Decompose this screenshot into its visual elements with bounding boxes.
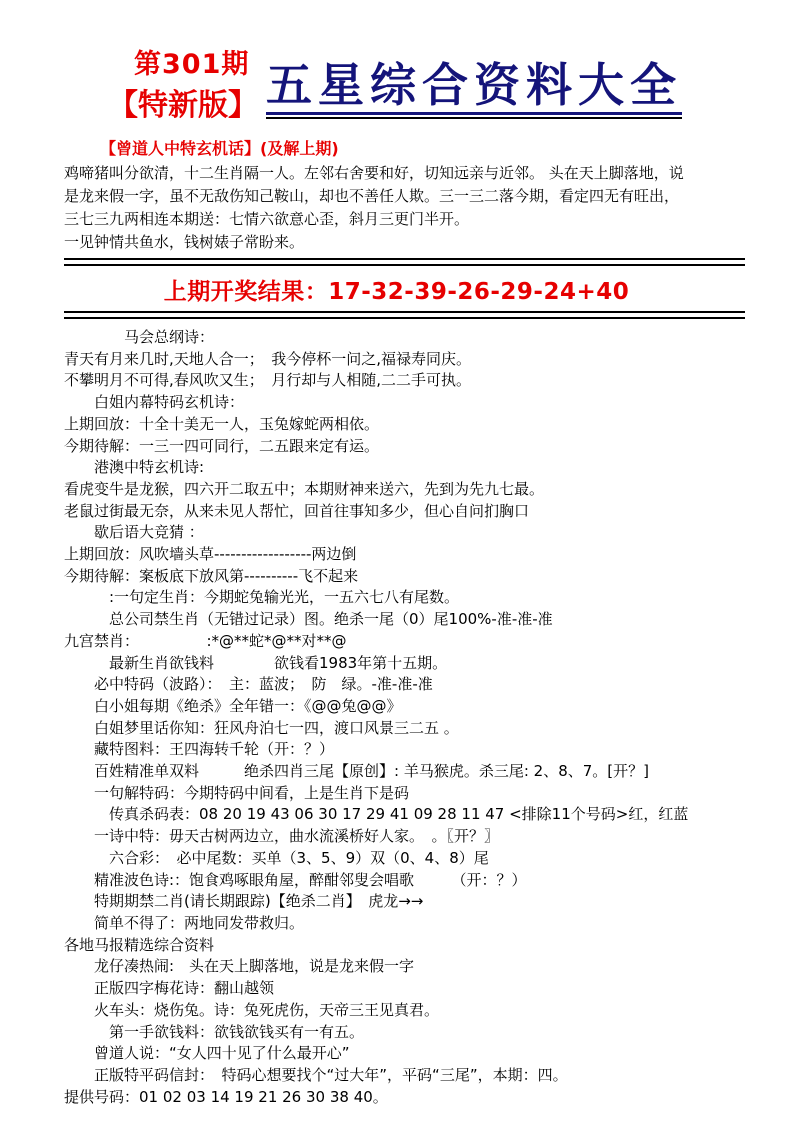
- intro-line: 是龙来假一字，虽不无敌伤知己鞍山，却也不善任人欺。三一三二落今期，看定四无有旺出…: [64, 185, 745, 208]
- content-line: 第一手欲钱料：欲钱欲钱买有一有五。: [64, 1022, 749, 1044]
- divider-top: [64, 258, 745, 266]
- section-subtitle: 【曾道人中特玄机话】(及解上期): [100, 136, 793, 159]
- content-line: 简单不得了：两地同发带救归。: [64, 913, 749, 935]
- content-line: :一句定生肖：今期蛇兔输光光，一五六七八有尾数。: [64, 587, 749, 609]
- content-line: 藏特图料：王四海转千轮（开：？）: [64, 739, 749, 761]
- intro-line: 鸡啼猪叫分欲清，十二生肖隔一人。左邻右舍要和好，切知远亲与近邻。 头在天上脚落地…: [64, 162, 745, 185]
- content-line: 白姐梦里话你知：狂风舟泊七一四，渡口风景三二五 。: [64, 718, 749, 740]
- intro-line: 一见钟情共鱼水，钱树婊子常盼来。: [64, 231, 745, 254]
- page-header: 第301期 【特新版】 五星综合资料大全: [0, 0, 793, 134]
- content-line: 青天有月来几时,天地人合一； 我今停杯一问之,福禄寿同庆。: [64, 349, 749, 371]
- content-line: 龙仔凑热闹: 头在天上脚落地，说是龙来假一字: [64, 956, 749, 978]
- content-lines: 马会总纲诗：青天有月来几时,天地人合一； 我今停杯一问之,福禄寿同庆。不攀明月不…: [64, 327, 749, 1108]
- content-line: 白姐内幕特码玄机诗：: [64, 392, 749, 414]
- content-line: 一诗中特：毋天古树两边立，曲水流溪桥好人家。 。〖开？〗: [64, 826, 749, 848]
- content-line: 上期回放：风吹墙头草------------------两边倒: [64, 544, 749, 566]
- edition-label: 【特新版】: [108, 80, 258, 124]
- previous-draw-result: 上期开奖结果：17-32-39-26-29-24+40: [0, 273, 793, 306]
- content-line: 马会总纲诗：: [64, 327, 749, 349]
- content-line: 特期期禁二肖(请长期跟踪)【绝杀二肖】 虎龙→→: [64, 891, 749, 913]
- content-line: 精准波色诗:：饱食鸡啄眼角屋，醉酣邻叟会唱歌 （开：？）: [64, 870, 749, 892]
- content-line: 上期回放：十全十美无一人，玉兔嫁蛇两相依。: [64, 414, 749, 436]
- content-line: 老鼠过街最无奈，从来未见人帮忙，回首往事知多少，但心自问扪胸口: [64, 501, 749, 523]
- content-line: 传真杀码表：08 20 19 43 06 30 17 29 41 09 28 1…: [64, 804, 749, 826]
- intro-line: 三七三九两相连本期送：七情六欲意心歪，斜月三更门半开。: [64, 208, 745, 231]
- content-line: 正版特平码信封： 特码心想要找个“过大年”，平码“三尾”，本期：四。: [64, 1065, 749, 1087]
- content-line: 六合彩： 必中尾数：买单（3、5、9）双（0、4、8）尾: [64, 848, 749, 870]
- intro-paragraph: 鸡啼猪叫分欲清，十二生肖隔一人。左邻右舍要和好，切知远亲与近邻。 头在天上脚落地…: [64, 162, 745, 254]
- divider-bottom: [64, 311, 745, 319]
- content-line: 必中特码（波路）： 主：蓝波； 防 绿。-准-准-准: [64, 674, 749, 696]
- content-line: 今期待解：案板底下放风第----------飞不起来: [64, 566, 749, 588]
- result-numbers: 17-32-39-26-29-24+40: [328, 279, 629, 305]
- content-line: 一句解特码：今期特码中间看，上是生肖下是码: [64, 783, 749, 805]
- content-line: 九宫禁肖： :*@**蛇*@**对**@: [64, 631, 749, 653]
- content-line: 白小姐每期《绝杀》全年错一：《@@兔@@》: [64, 696, 749, 718]
- content-line: 提供号码：01 02 03 14 19 21 26 30 38 40。: [64, 1087, 749, 1109]
- content-line: 港澳中特玄机诗:: [64, 457, 749, 479]
- content-line: 曾道人说：“女人四十见了什么最开心”: [64, 1043, 749, 1065]
- content-line: 总公司禁生肖（无错过记录）图。绝杀一尾（0）尾100%-准-准-准: [64, 609, 749, 631]
- page-title: 五星综合资料大全: [266, 60, 682, 115]
- content-line: 最新生肖欲钱料 欲钱看1983年第十五期。: [64, 653, 749, 675]
- content-line: 各地马报精选综合资料: [64, 935, 749, 957]
- content-line: 看虎变牛是龙猴，四六开二取五中；本期财神来送六，先到为先九七最。: [64, 479, 749, 501]
- content-line: 歇后语大竞猜 ：: [64, 522, 749, 544]
- issue-number: 第301期: [134, 42, 249, 81]
- content-line: 火车头：烧伤兔。诗：兔死虎伤，天帝三王见真君。: [64, 1000, 749, 1022]
- content-line: 今期待解：一三一四可同行，二五跟来定有运。: [64, 436, 749, 458]
- page: 第301期 【特新版】 五星综合资料大全 【曾道人中特玄机话】(及解上期) 鸡啼…: [0, 0, 793, 1122]
- content-line: 正版四字梅花诗：翻山越领: [64, 978, 749, 1000]
- result-label: 上期开奖结果：: [164, 279, 329, 305]
- content-line: 百姓精准单双料 绝杀四肖三尾【原创】: 羊马猴虎。杀三尾: 2、8、7。[开？]: [64, 761, 749, 783]
- content-line: 不攀明月不可得,春风吹又生； 月行却与人相随,二二手可执。: [64, 370, 749, 392]
